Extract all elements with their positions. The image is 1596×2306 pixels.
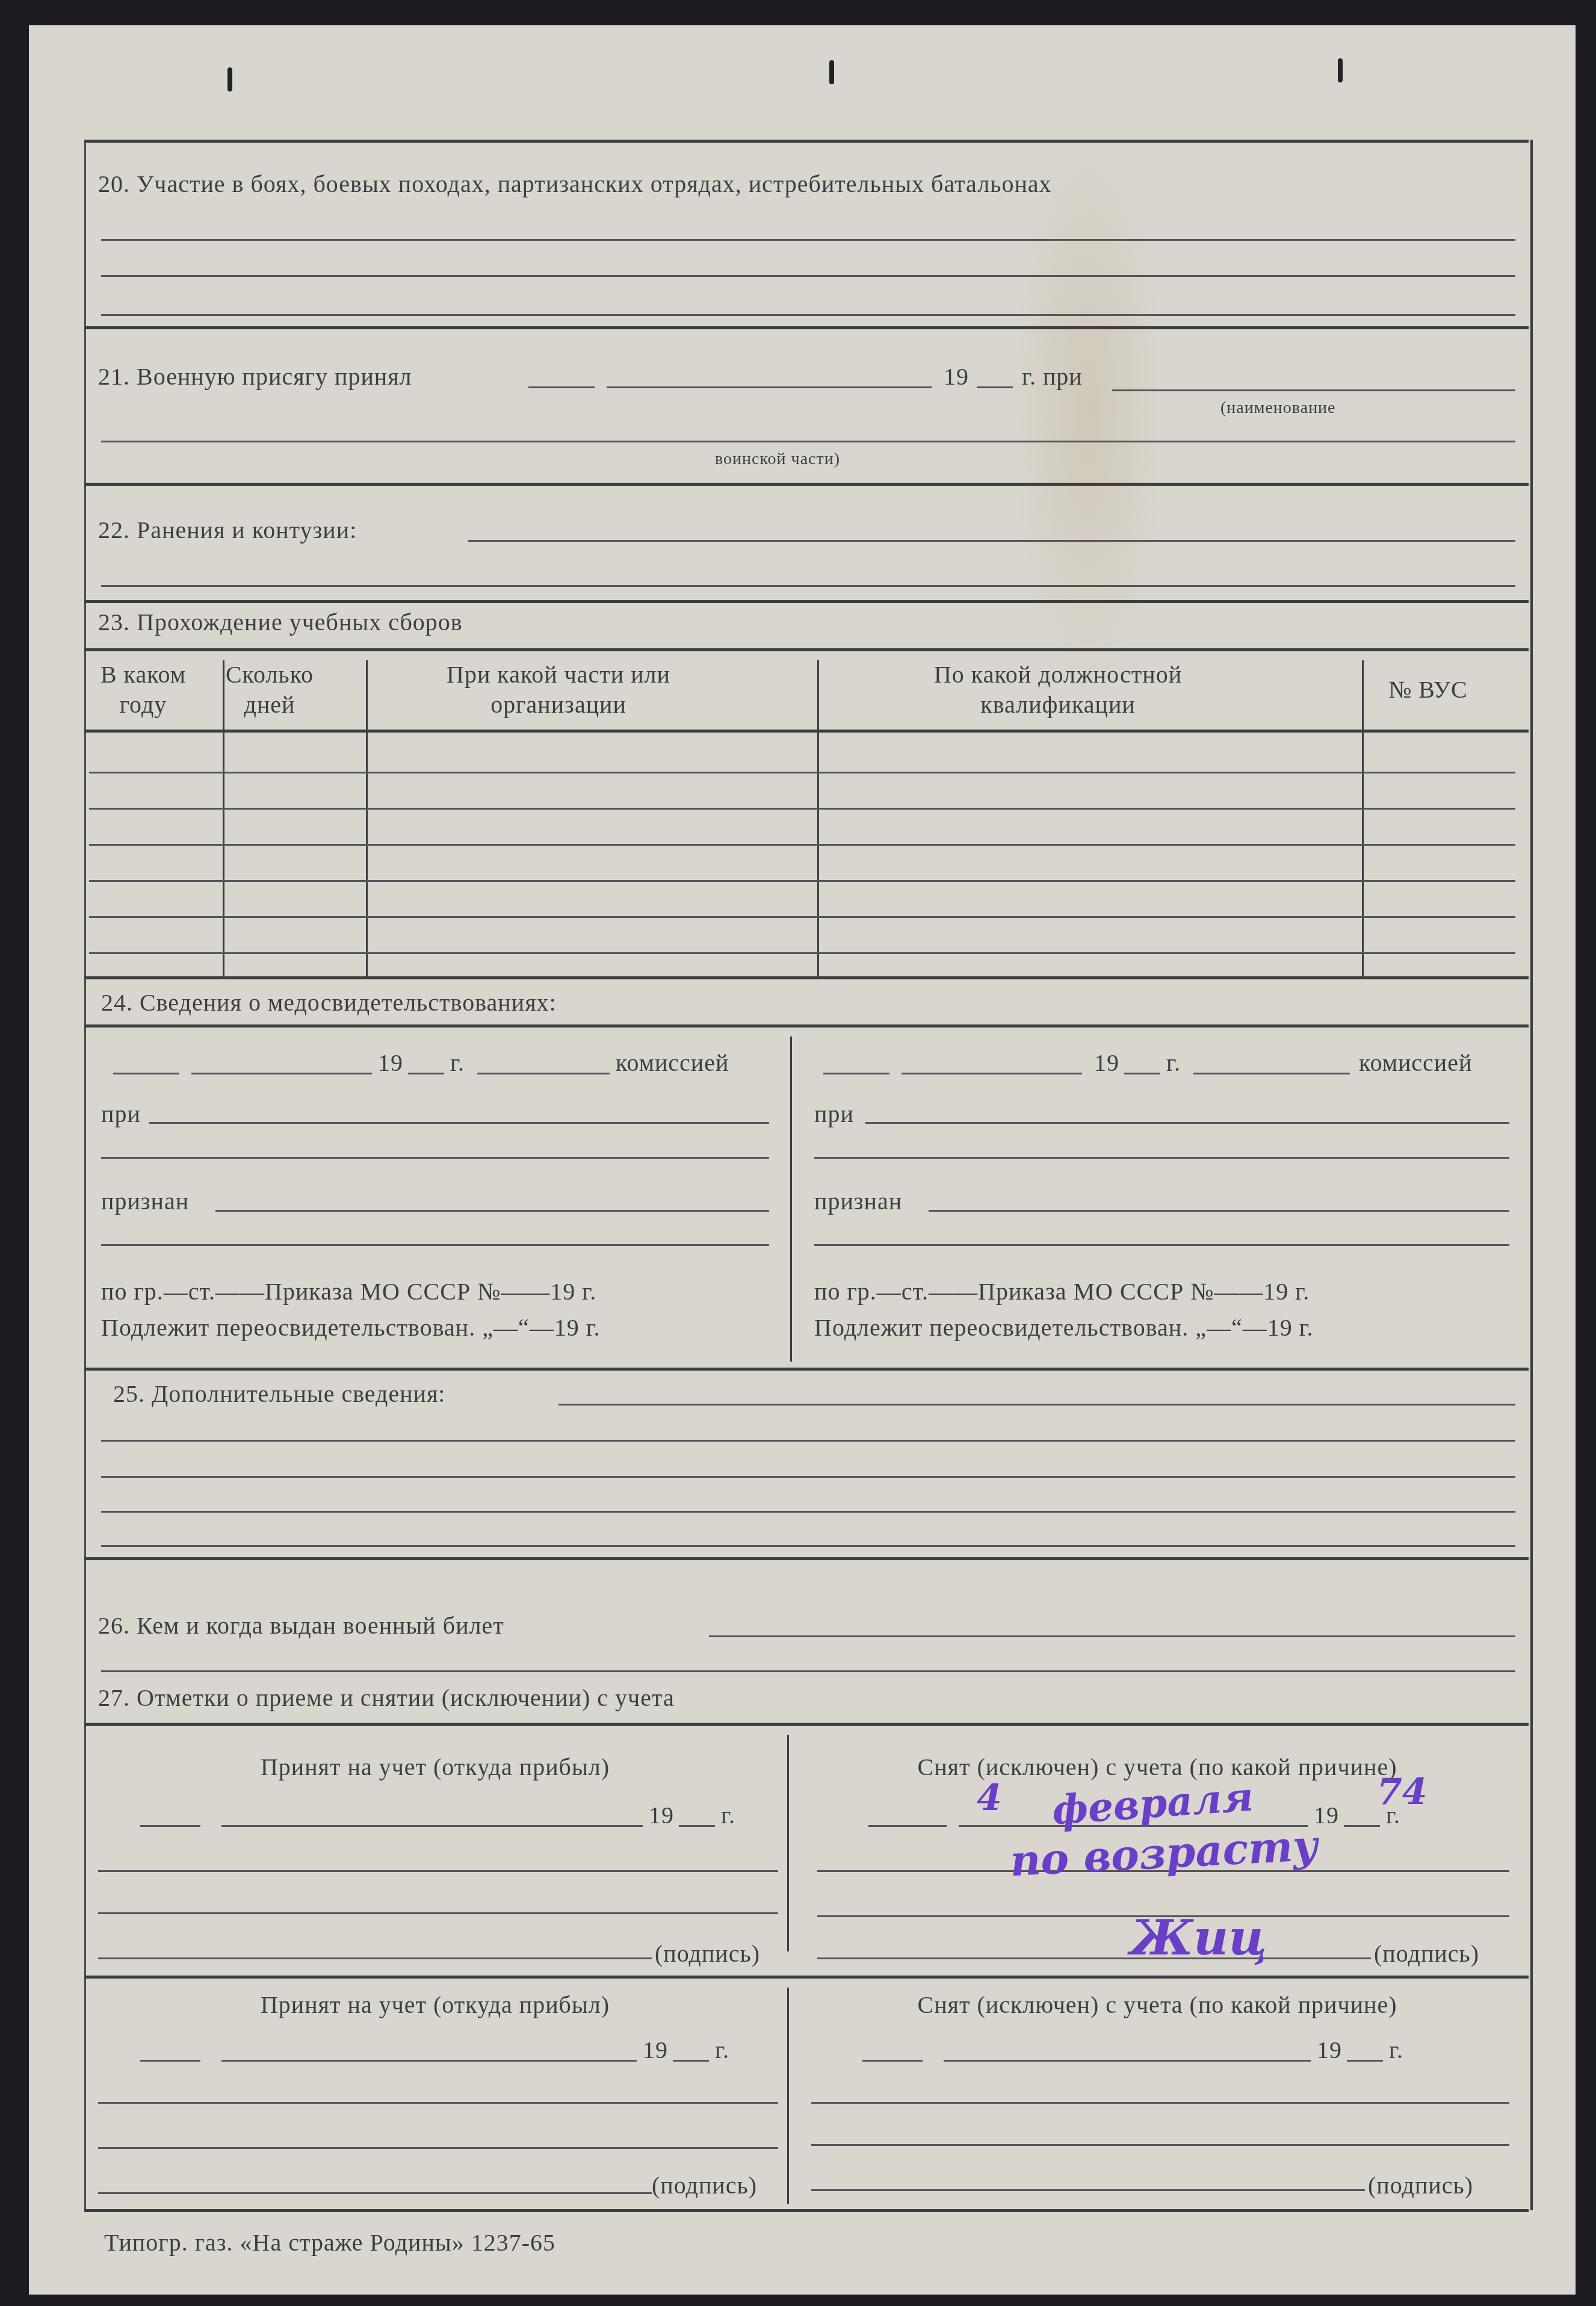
origin-field-2[interactable] <box>98 1912 778 1914</box>
order-line: по гр.—ст.——Приказа МО СССР №——19 г. <box>814 1277 1310 1306</box>
table-header-bottom <box>84 730 1529 733</box>
year-prefix: 19 <box>378 1049 403 1077</box>
g-pri: г. при <box>1022 362 1083 391</box>
commission-label: комиссией <box>616 1049 729 1077</box>
g: г. <box>1166 1049 1181 1077</box>
punch-hole <box>227 67 232 91</box>
section-21-label: 21. Военную присягу принял <box>98 362 412 391</box>
reason-field-2[interactable] <box>811 2144 1509 2146</box>
year-field[interactable] <box>673 2060 709 2062</box>
priznan-field-2[interactable] <box>814 1244 1509 1246</box>
unit-field-2[interactable] <box>101 441 1515 442</box>
accepted-title: Принят на учет (откуда прибыл) <box>89 1991 781 2019</box>
table-row[interactable] <box>89 808 1515 810</box>
year-field[interactable] <box>679 1825 715 1827</box>
removed-title: Снят (исключен) с учета (по какой причин… <box>799 1991 1515 2019</box>
col-year-header-2: году <box>86 690 200 719</box>
section-27-label: 27. Отметки о приеме и снятии (исключени… <box>98 1684 675 1712</box>
wounds-field-2[interactable] <box>101 585 1515 587</box>
military-id-field-2[interactable] <box>101 1670 1515 1672</box>
commission-label: комиссией <box>1359 1049 1472 1077</box>
year-prefix: 19 <box>1317 2036 1342 2064</box>
col-divider <box>366 660 368 976</box>
recheck-line: Подлежит переосвидетельствован. „—“—19 г… <box>101 1313 601 1342</box>
origin-field[interactable] <box>98 1870 778 1872</box>
divider <box>84 600 1529 603</box>
year-field[interactable] <box>1347 2060 1383 2062</box>
handwritten-year: 74 <box>1377 1771 1427 1813</box>
section-26-label: 26. Кем и когда выдан военный билет <box>98 1611 504 1640</box>
col-divider <box>817 660 819 976</box>
col-divider <box>223 660 224 976</box>
extra-field[interactable] <box>101 1511 1515 1513</box>
punch-hole <box>829 60 834 84</box>
section-22-label: 22. Ранения и контузии: <box>98 516 357 544</box>
recheck-line: Подлежит переосвидетельствован. „—“—19 г… <box>814 1313 1314 1342</box>
signature-field[interactable] <box>817 1957 1371 1959</box>
col-divider <box>790 1037 792 1362</box>
col-divider <box>1362 660 1364 976</box>
bottom-border <box>84 2209 1529 2212</box>
year-field[interactable] <box>1124 1073 1160 1074</box>
commission-field[interactable] <box>1193 1073 1350 1074</box>
col-unit-header: При какой части или <box>336 660 781 689</box>
section-23-label: 23. Прохождение учебных сборов <box>98 608 463 636</box>
punch-hole <box>1338 58 1343 82</box>
pri-field-2[interactable] <box>814 1157 1509 1159</box>
printer-imprint: Типогр. газ. «На страже Родины» 1237-65 <box>104 2228 555 2257</box>
extra-field[interactable] <box>101 1476 1515 1478</box>
order-line: по гр.—ст.——Приказа МО СССР №——19 г. <box>101 1277 596 1306</box>
handwritten-day: 4 <box>977 1777 1002 1819</box>
priznan-label: признан <box>814 1187 902 1215</box>
year-field[interactable] <box>1344 1825 1380 1827</box>
day-field[interactable] <box>868 1825 947 1827</box>
table-bottom <box>84 976 1529 979</box>
col-qual-header-2: квалификации <box>787 690 1329 719</box>
year-field[interactable] <box>977 386 1013 388</box>
signature-label: (подпись) <box>652 2171 757 2199</box>
month-field[interactable] <box>902 1073 1082 1074</box>
day-field[interactable] <box>113 1073 179 1074</box>
year-prefix: 19 <box>643 2036 668 2064</box>
col-qual-header: По какой должностной <box>787 660 1329 689</box>
pri-label: при <box>814 1100 854 1128</box>
divider <box>84 1723 1529 1726</box>
divider <box>84 326 1529 329</box>
g: г. <box>715 2036 729 2064</box>
fill-line[interactable] <box>101 239 1515 241</box>
day-field[interactable] <box>140 1825 200 1827</box>
table-row[interactable] <box>89 952 1515 954</box>
divider <box>84 1557 1529 1560</box>
accepted-title: Принят на учет (откуда прибыл) <box>89 1753 781 1781</box>
fill-line[interactable] <box>101 314 1515 316</box>
divider <box>84 1024 1529 1027</box>
g: г. <box>721 1801 735 1829</box>
pri-field[interactable] <box>865 1122 1509 1124</box>
year-field[interactable] <box>408 1073 444 1074</box>
signature-field[interactable] <box>811 2189 1365 2191</box>
fill-line[interactable] <box>101 275 1515 277</box>
wounds-field[interactable] <box>468 540 1515 542</box>
signature-label: (подпись) <box>655 1939 760 1968</box>
unit-note: (наименование <box>1220 398 1336 418</box>
month-field[interactable] <box>221 2060 637 2062</box>
unit-note-2: воинской части) <box>715 450 840 469</box>
day-field[interactable] <box>823 1073 889 1074</box>
priznan-label: признан <box>101 1187 189 1215</box>
year-prefix: 19 <box>1094 1049 1119 1077</box>
g: г. <box>1389 2036 1403 2064</box>
signature-label: (подпись) <box>1374 1939 1479 1968</box>
priznan-field[interactable] <box>929 1210 1509 1212</box>
table-row[interactable] <box>89 772 1515 773</box>
table-row[interactable] <box>89 844 1515 846</box>
signature-label: (подпись) <box>1368 2171 1473 2199</box>
top-border <box>84 140 1529 143</box>
divider <box>84 1368 1529 1371</box>
handwritten-signature: Жиц <box>1130 1909 1267 1966</box>
commission-field[interactable] <box>477 1073 610 1074</box>
month-field[interactable] <box>191 1073 372 1074</box>
section-25-label: 25. Дополнительные сведения: <box>113 1380 445 1408</box>
section-20-label: 20. Участие в боях, боевых походах, парт… <box>98 170 1052 198</box>
priznan-field[interactable] <box>215 1210 769 1212</box>
unit-field[interactable] <box>1112 389 1515 391</box>
year-prefix: 19 <box>1314 1801 1339 1829</box>
col-days-header-2: дней <box>209 690 330 719</box>
table-row[interactable] <box>89 916 1515 918</box>
col-year-header: В каком <box>86 660 200 689</box>
origin-field-2[interactable] <box>98 2147 778 2149</box>
col-divider <box>787 1735 789 1951</box>
month-field[interactable] <box>221 1825 643 1827</box>
pri-label: при <box>101 1100 141 1128</box>
signature-field[interactable] <box>98 1957 652 1959</box>
year-prefix: 19 <box>649 1801 674 1829</box>
month-field[interactable] <box>944 2060 1311 2062</box>
day-field[interactable] <box>528 386 595 388</box>
priznan-field-2[interactable] <box>101 1244 769 1246</box>
extra-field[interactable] <box>558 1404 1515 1406</box>
signature-field[interactable] <box>98 2192 652 2194</box>
col-days-header: Сколько <box>209 660 330 689</box>
reason-field[interactable] <box>811 2102 1509 2104</box>
origin-field[interactable] <box>98 2102 778 2104</box>
col-divider <box>787 1988 789 2204</box>
divider <box>84 1976 1529 1979</box>
month-field[interactable] <box>607 386 932 388</box>
divider <box>84 483 1529 486</box>
extra-field[interactable] <box>101 1440 1515 1442</box>
table-row[interactable] <box>89 880 1515 882</box>
extra-field[interactable] <box>101 1545 1515 1547</box>
pri-field-2[interactable] <box>101 1157 769 1159</box>
table-top <box>84 648 1529 651</box>
year-prefix: 19 <box>944 362 969 391</box>
col-unit-header-2: организации <box>336 690 781 719</box>
section-24-label: 24. Сведения о медосвидетельствованиях: <box>101 988 557 1017</box>
g: г. <box>450 1049 465 1077</box>
military-id-field[interactable] <box>709 1635 1515 1637</box>
form-sheet: 20. Участие в боях, боевых походах, парт… <box>29 25 1576 2295</box>
day-field[interactable] <box>140 2060 200 2062</box>
pri-field[interactable] <box>149 1122 769 1124</box>
day-field[interactable] <box>862 2060 923 2062</box>
